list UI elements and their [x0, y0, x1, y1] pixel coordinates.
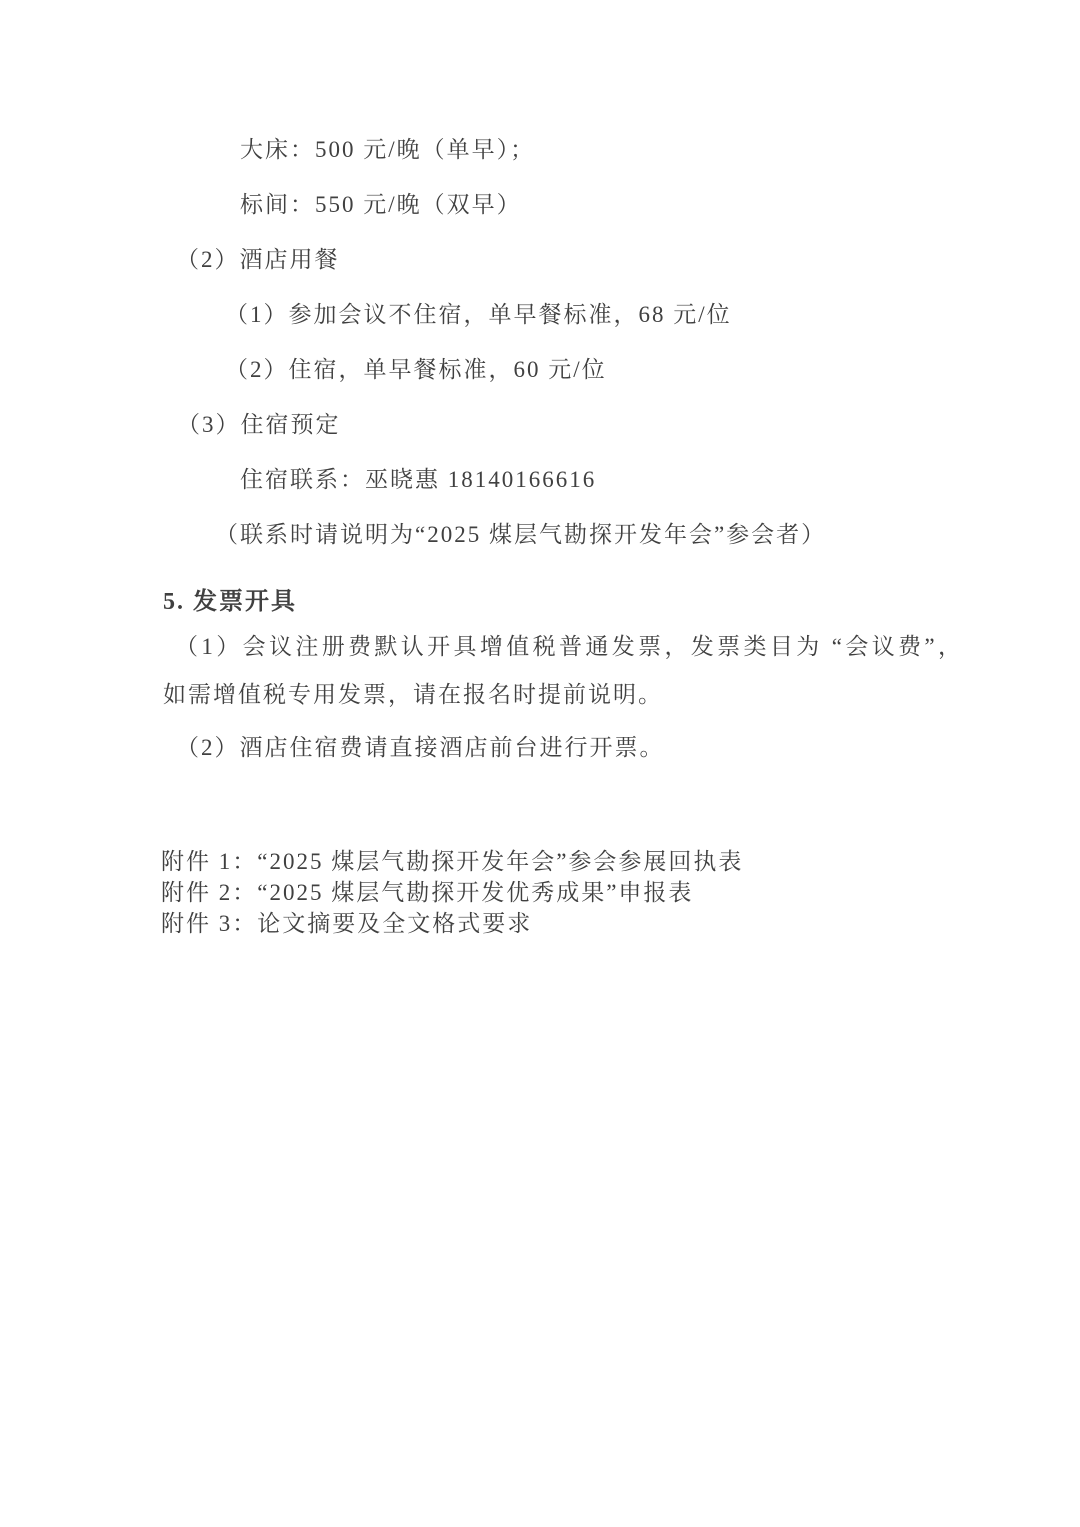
dining-item-stay: （2）住宿，单早餐标准，60 元/位	[225, 357, 607, 383]
dining-item-no-stay: （1）参加会议不住宿，单早餐标准，68 元/位	[225, 302, 732, 328]
invoice-section-heading: 5. 发票开具	[163, 589, 297, 616]
booking-contact-line: 住宿联系：巫晓惠 18140166616	[240, 467, 596, 493]
invoice-item1-line1: （1）会议注册费默认开具增值税普通发票，发票类目为 “会议费”，	[163, 634, 963, 660]
attachment-1: 附件 1：“2025 煤层气勘探开发年会”参会参展回执表	[161, 846, 743, 877]
attachment-3: 附件 3：论文摘要及全文格式要求	[161, 908, 532, 939]
document-page: 大床：500 元/晚（单早）； 标间：550 元/晚（双早） （2）酒店用餐 （…	[0, 0, 1080, 1527]
dining-section-heading: （2）酒店用餐	[176, 247, 340, 273]
room-rate-king: 大床：500 元/晚（单早）；	[240, 137, 535, 163]
invoice-item1-line2: 如需增值税专用发票，请在报名时提前说明。	[163, 682, 663, 708]
booking-section-heading: （3）住宿预定	[177, 412, 341, 438]
attachment-2: 附件 2：“2025 煤层气勘探开发优秀成果”申报表	[161, 877, 693, 908]
invoice-item2: （2）酒店住宿费请直接酒店前台进行开票。	[176, 735, 665, 761]
booking-contact-note: （联系时请说明为“2025 煤层气勘探开发年会”参会者）	[215, 522, 826, 548]
room-rate-twin: 标间：550 元/晚（双早）	[240, 192, 522, 218]
